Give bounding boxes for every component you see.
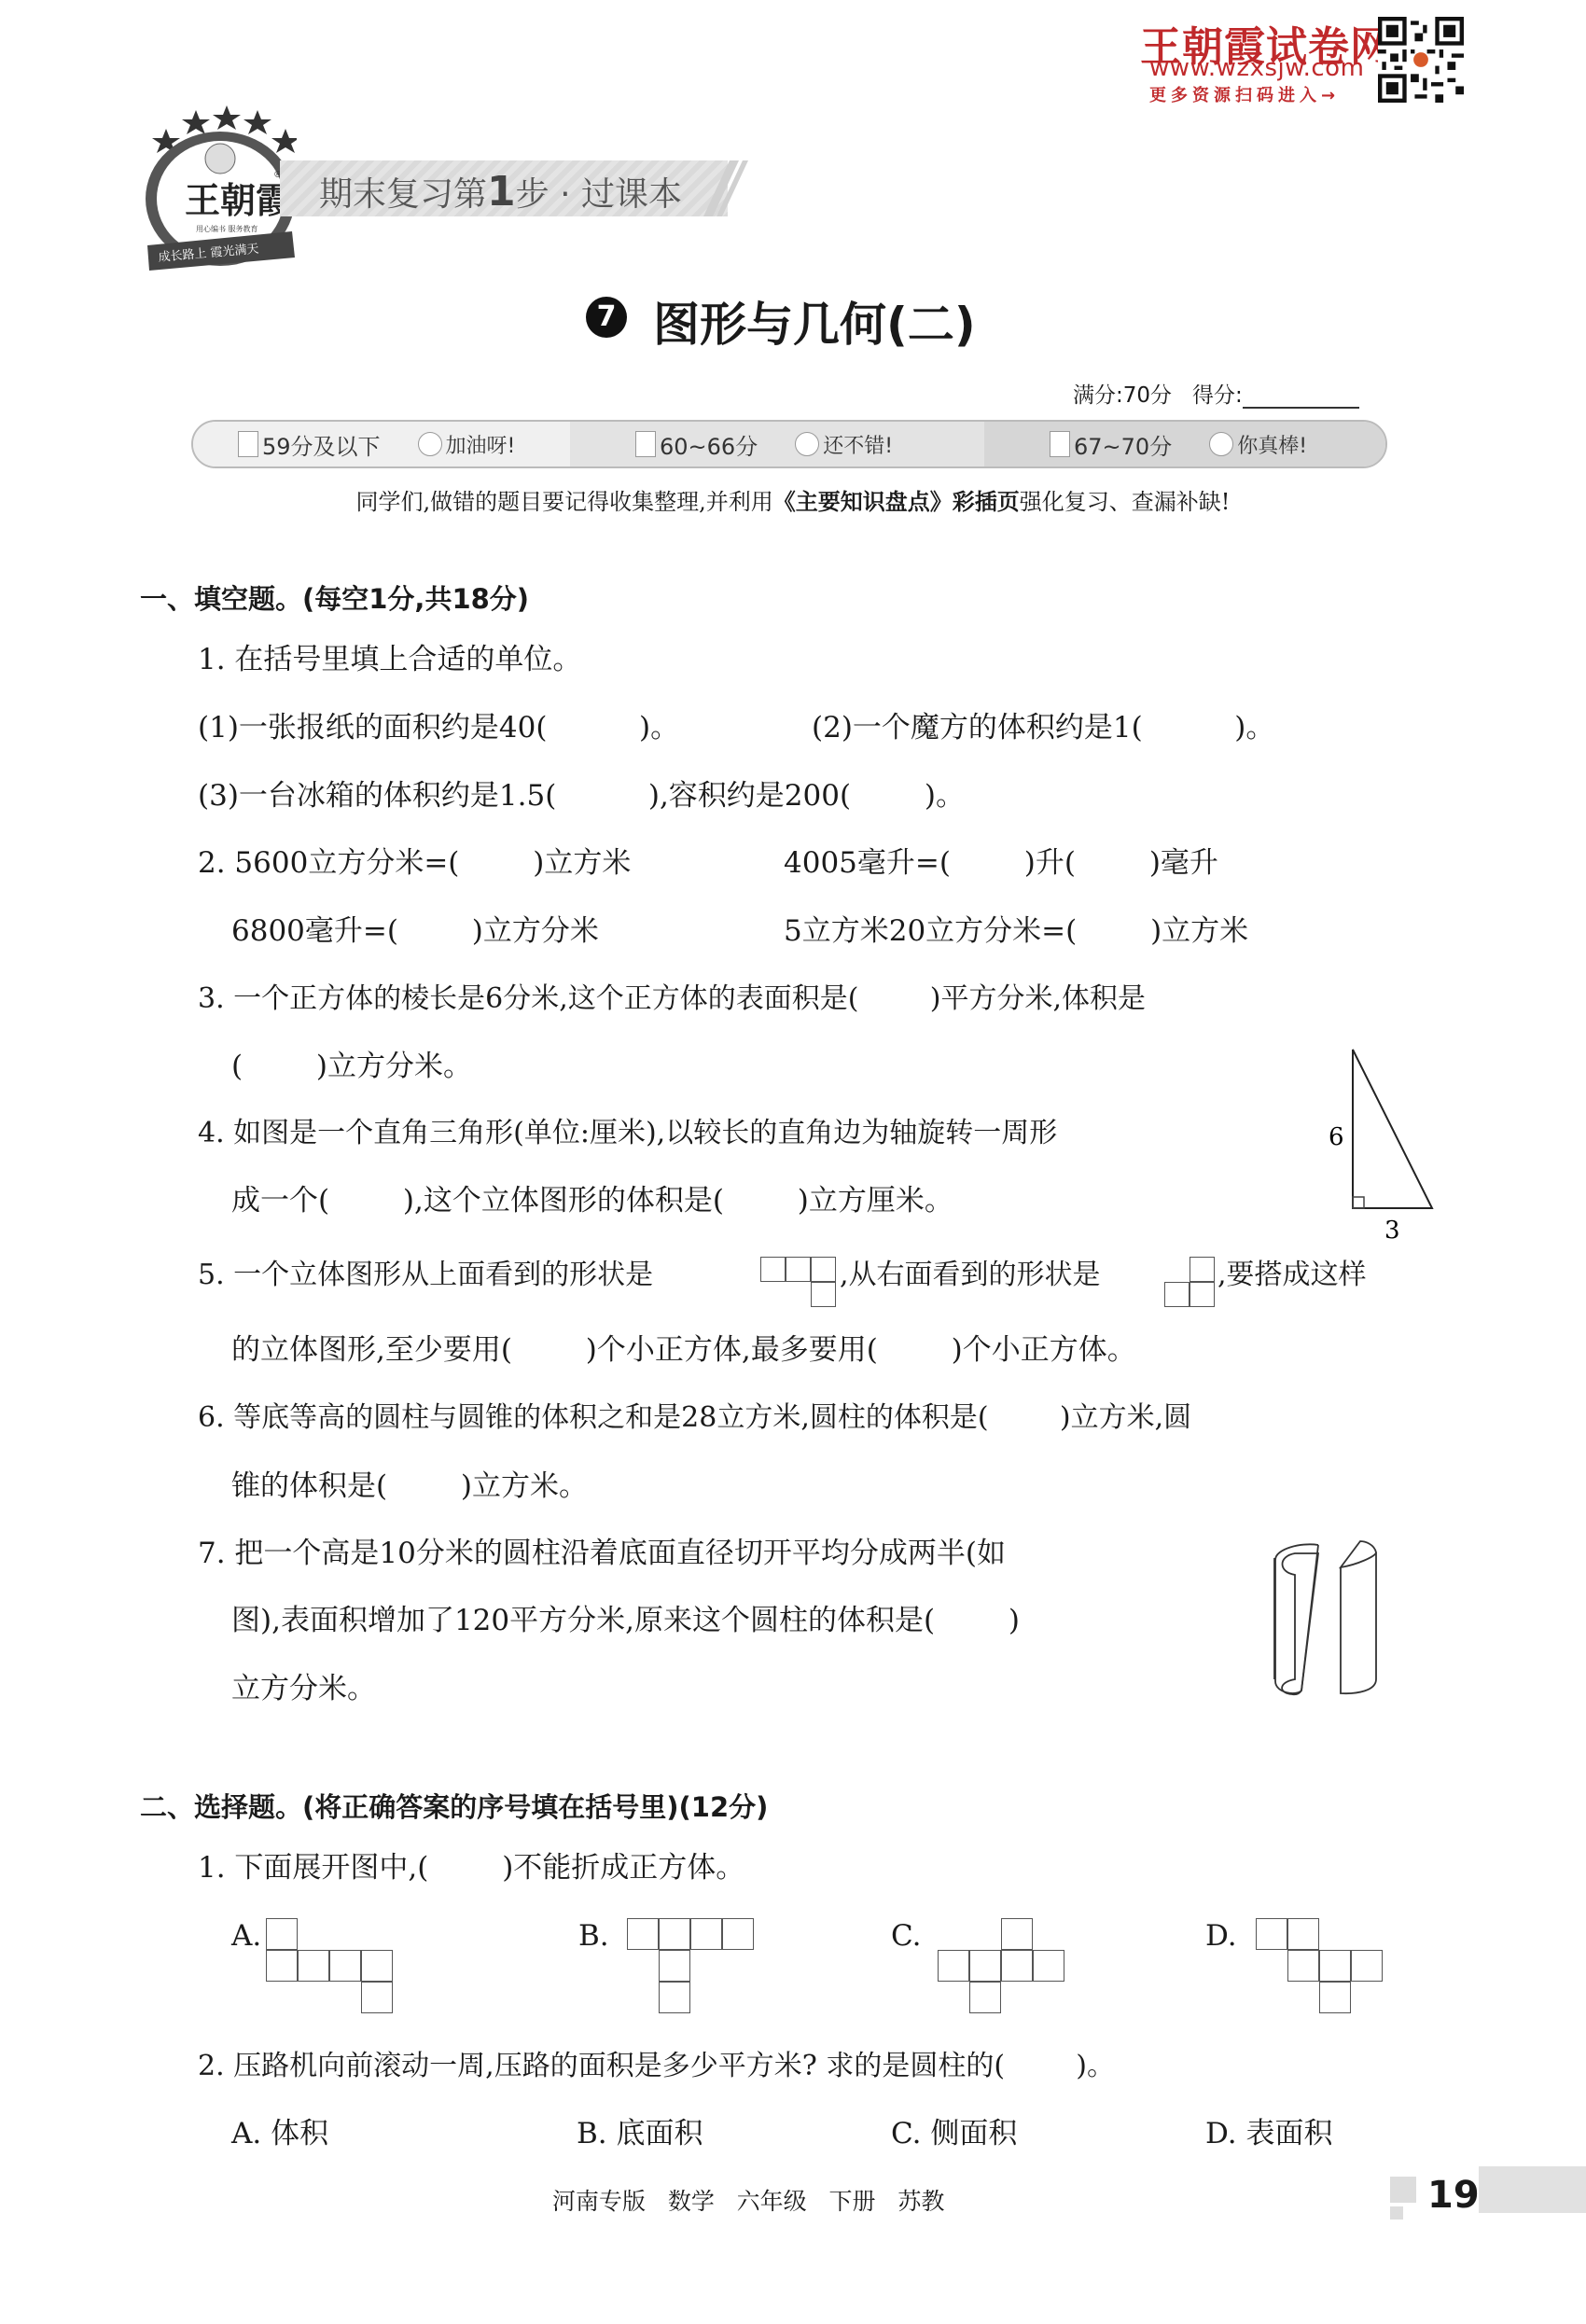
full-score-label: 满分:70分 bbox=[1073, 383, 1172, 408]
face-cheer-icon bbox=[418, 432, 442, 456]
q1-a: (1)一张报纸的面积约是40( )。 bbox=[198, 714, 679, 743]
score-blank[interactable] bbox=[1243, 388, 1359, 409]
grade-checkbox[interactable] bbox=[238, 431, 258, 457]
face-happy-icon bbox=[1209, 432, 1233, 456]
grade-tier-mid: 60~66分 还不错! bbox=[570, 422, 1009, 466]
top-view-figure bbox=[760, 1257, 840, 1309]
brand-scan-text: 更多资源扫码进入→ bbox=[1149, 82, 1340, 106]
banner-text: 期末复习第1步 · 过课本 bbox=[319, 168, 682, 216]
svg-text:6: 6 bbox=[1329, 1123, 1344, 1151]
s2-q2-option-d[interactable]: D. 表面积 bbox=[1205, 2120, 1332, 2149]
split-cylinder-figure bbox=[1273, 1539, 1413, 1698]
q4-line1: 4. 如图是一个直角三角形(单位:厘米),以较长的直角边为轴旋转一周形 bbox=[198, 1120, 1057, 1148]
page-decoration bbox=[1390, 2206, 1403, 2220]
q5-line2: 的立体图形,至少要用( )个小正方体,最多要用( )个小正方体。 bbox=[231, 1336, 1136, 1365]
s2-q2-stem: 2. 压路机向前滚动一周,压路的面积是多少平方米? 求的是圆柱的( )。 bbox=[198, 2053, 1115, 2080]
q4-line2: 成一个( ),这个立体图形的体积是( )立方厘米。 bbox=[231, 1187, 953, 1216]
grade-checkbox[interactable] bbox=[1050, 431, 1070, 457]
grade-cheer: 加油呀! bbox=[446, 430, 516, 459]
q2-b: 4005毫升=( )升( )毫升 bbox=[784, 849, 1218, 878]
page-title: 图形与几何(二) bbox=[653, 287, 976, 355]
section2-heading: 二、选择题。(将正确答案的序号填在括号里)(12分) bbox=[140, 1787, 768, 1825]
brand-url[interactable]: www.wzxsjw.com bbox=[1149, 54, 1364, 82]
grade-range: 59分及以下 bbox=[262, 428, 381, 461]
q3-line1: 3. 一个正方体的棱长是6分米,这个正方体的表面积是( )平方分米,体积是 bbox=[198, 985, 1146, 1013]
svg-text:3: 3 bbox=[1384, 1217, 1400, 1245]
s2-q2-option-a[interactable]: A. 体积 bbox=[231, 2120, 328, 2149]
qr-code-icon[interactable] bbox=[1378, 17, 1464, 103]
section1-heading: 一、填空题。(每空1分,共18分) bbox=[140, 578, 529, 617]
option-c-net[interactable] bbox=[938, 1918, 1068, 2015]
option-d-net[interactable] bbox=[1256, 1918, 1386, 2015]
q7-line1: 7. 把一个高是10分米的圆柱沿着底面直径切开平均分成两半(如 bbox=[198, 1539, 1006, 1568]
banner-step: 1 bbox=[487, 168, 516, 216]
s2-q2-option-c[interactable]: C. 侧面积 bbox=[891, 2120, 1017, 2149]
grade-checkbox[interactable] bbox=[635, 431, 656, 457]
s2-q1-stem: 1. 下面展开图中,( )不能折成正方体。 bbox=[198, 1854, 744, 1883]
grade-range: 67~70分 bbox=[1074, 428, 1172, 461]
q6-line1: 6. 等底等高的圆柱与圆锥的体积之和是28立方米,圆柱的体积是( )立方米,圆 bbox=[198, 1404, 1191, 1432]
right-view-figure bbox=[1164, 1257, 1218, 1309]
q1-b: (2)一个魔方的体积约是1( )。 bbox=[812, 714, 1274, 743]
option-a-label: A. bbox=[231, 1922, 261, 1951]
reminder-after: 强化复习、查漏补缺! bbox=[1020, 489, 1231, 515]
option-b-net[interactable] bbox=[524, 1918, 655, 2015]
q5-part1: 5. 一个立体图形从上面看到的形状是 bbox=[198, 1261, 653, 1289]
grade-bar: 59分及以下 加油呀! 60~66分 还不错! 67~70分 你真棒! bbox=[191, 420, 1387, 468]
q5-part3: ,要搭成这样 bbox=[1217, 1261, 1367, 1289]
grade-tier-high: 67~70分 你真棒! bbox=[984, 422, 1385, 466]
option-d-label: D. bbox=[1205, 1922, 1237, 1951]
q7-line3: 立方分米。 bbox=[231, 1675, 376, 1704]
score-label: 得分: bbox=[1192, 383, 1243, 408]
q2-a: 2. 5600立方分米=( )立方米 bbox=[198, 849, 631, 878]
q2-d: 5立方米20立方分米=( )立方米 bbox=[784, 917, 1248, 946]
svg-text:用心编书 服务教育: 用心编书 服务教育 bbox=[196, 224, 258, 233]
right-triangle-figure: 6 3 bbox=[1315, 1040, 1437, 1245]
option-a-net[interactable] bbox=[266, 1918, 396, 2015]
banner-suffix: 步 · 过课本 bbox=[516, 175, 682, 214]
page-decoration bbox=[1390, 2177, 1416, 2203]
s2-q2-option-b[interactable]: B. 底面积 bbox=[577, 2120, 703, 2149]
brand-logo: 王朝霞 用心编书 服务教育 ® 成长路上 霞光满天 bbox=[138, 101, 297, 278]
grade-tier-low: 59分及以下 加油呀! bbox=[193, 422, 594, 466]
reminder-bold: 《主要知识盘点》彩插页 bbox=[773, 489, 1020, 515]
unit-number-badge: 7 bbox=[586, 297, 627, 338]
q3-line2: ( )立方分米。 bbox=[231, 1052, 472, 1081]
q6-line2: 锥的体积是( )立方米。 bbox=[231, 1472, 588, 1501]
face-smile-icon bbox=[795, 432, 819, 456]
q7-line2: 图),表面积增加了120平方分米,原来这个圆柱的体积是( ) bbox=[231, 1607, 1020, 1635]
score-line: 满分:70分 得分: bbox=[1073, 378, 1359, 409]
grade-cheer: 你真棒! bbox=[1237, 430, 1307, 459]
reminder-before: 同学们,做错的题目要记得收集整理,并利用 bbox=[356, 489, 773, 515]
footer-edition: 河南专版 数学 六年级 下册 苏教 bbox=[552, 2183, 944, 2217]
option-c-label: C. bbox=[891, 1922, 921, 1951]
q1-stem: 1. 在括号里填上合适的单位。 bbox=[198, 646, 581, 675]
banner-prefix: 期末复习第 bbox=[319, 175, 487, 214]
q2-c: 6800毫升=( )立方分米 bbox=[231, 917, 599, 946]
q5-part2: ,从右面看到的形状是 bbox=[840, 1261, 1101, 1289]
q1-c: (3)一台冰箱的体积约是1.5( ),容积约是200( )。 bbox=[198, 782, 965, 811]
grade-range: 60~66分 bbox=[660, 428, 758, 461]
page-number: 19 bbox=[1427, 2174, 1480, 2217]
page-strip bbox=[1479, 2166, 1586, 2213]
grade-cheer: 还不错! bbox=[823, 430, 893, 459]
reminder-text: 同学们,做错的题目要记得收集整理,并利用《主要知识盘点》彩插页强化复习、查漏补缺… bbox=[0, 483, 1586, 516]
svg-text:王朝霞: 王朝霞 bbox=[185, 179, 291, 221]
